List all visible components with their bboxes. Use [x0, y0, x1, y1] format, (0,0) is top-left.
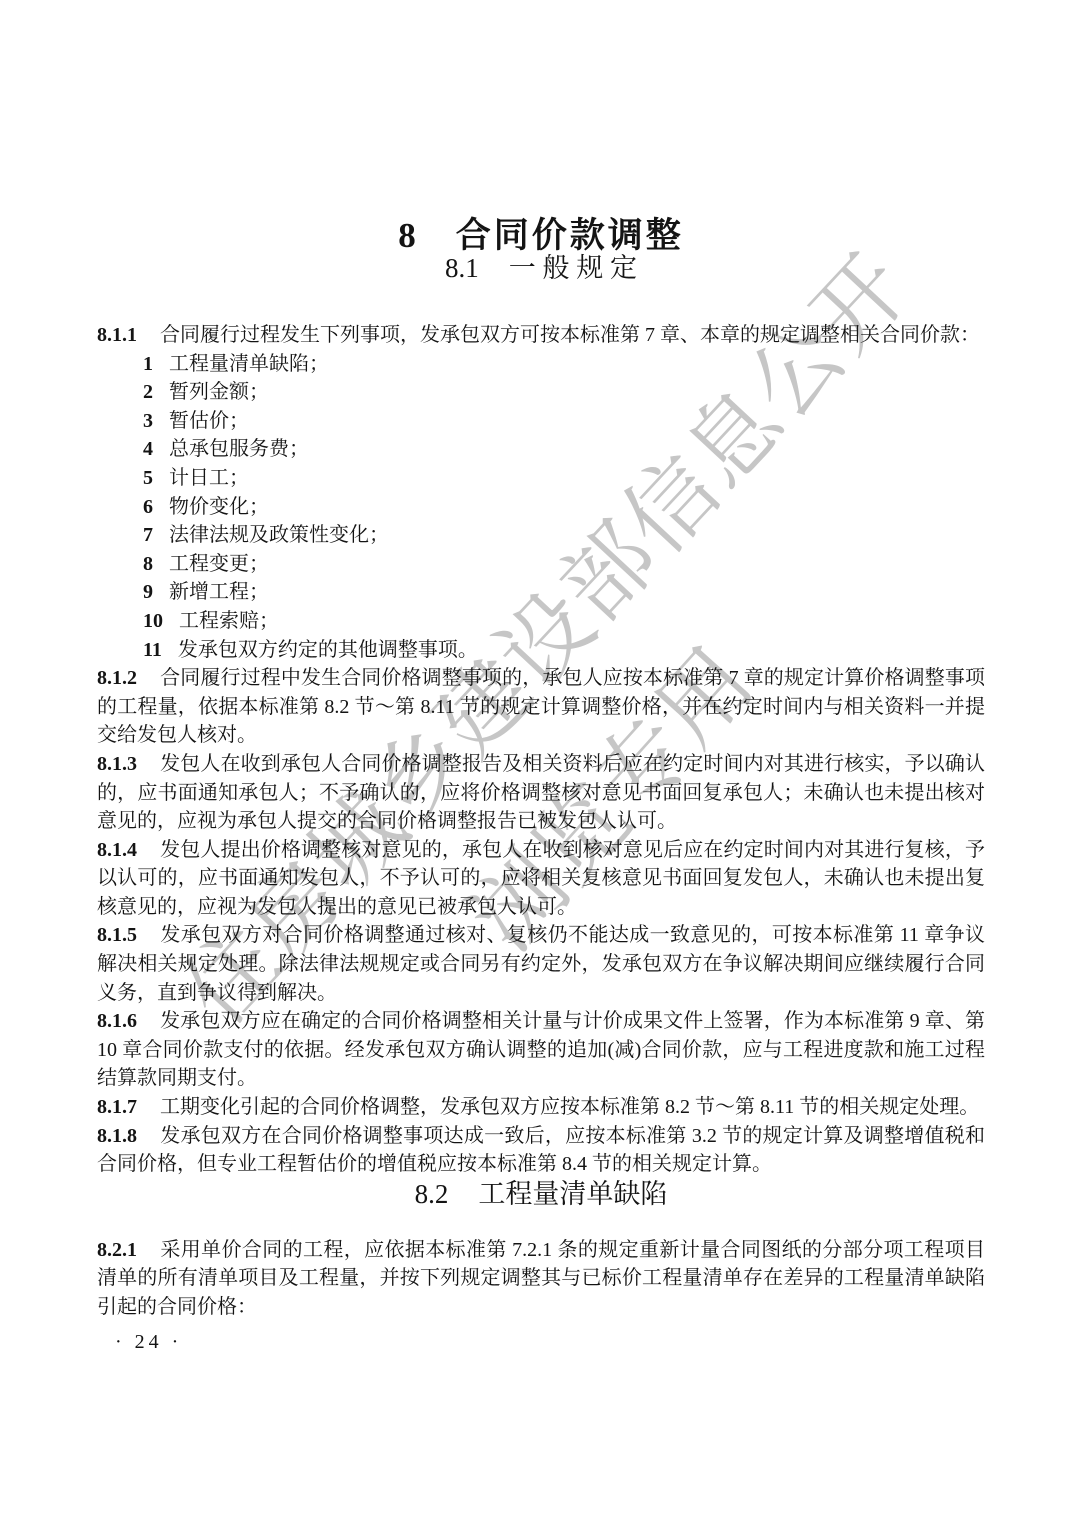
item-text: 工程量清单缺陷； — [169, 353, 329, 375]
section-8-1-heading: 8.1一 般 规 定 — [97, 253, 985, 284]
item-number: 6 — [143, 496, 153, 518]
section-8-2-body: 8.2.1采用单价合同的工程，应依据本标准第 7.2.1 条的规定重新计量合同图… — [97, 1236, 985, 1322]
section-8-1-body: 8.1.1合同履行过程发生下列事项，发承包双方可按本标准第 7 章、本章的规定调… — [97, 321, 985, 1179]
clause-number: 8.2.1 — [97, 1239, 137, 1261]
item-text: 工程索赔； — [179, 610, 279, 632]
item-text: 法律法规及政策性变化； — [169, 524, 389, 546]
list-item: 9新增工程； — [97, 578, 985, 607]
item-number: 7 — [143, 524, 153, 546]
clause-number: 8.1.5 — [97, 924, 137, 946]
chapter-heading: 8合同价款调整 — [97, 218, 985, 253]
section-8-2-number: 8.2 — [415, 1179, 449, 1209]
section-8-1-number: 8.1 — [445, 253, 479, 283]
item-number: 9 — [143, 581, 153, 603]
clause-number: 8.1.8 — [97, 1125, 137, 1147]
clause-number: 8.1.7 — [97, 1096, 137, 1118]
item-number: 8 — [143, 553, 153, 575]
item-text: 发承包双方约定的其他调整事项。 — [178, 639, 478, 661]
item-text: 工程变更； — [169, 553, 269, 575]
page-number: · 24 · — [97, 1330, 985, 1354]
clause-text: 发包人提出价格调整核对意见的，承包人在收到核对意见后应在约定时间内对其进行复核，… — [97, 839, 985, 918]
clause-number: 8.1.6 — [97, 1010, 137, 1032]
list-item: 6物价变化； — [97, 493, 985, 522]
clause-8-1-8: 8.1.8发承包双方在合同价格调整事项达成一致后，应按本标准第 3.2 节的规定… — [97, 1122, 985, 1179]
clause-text: 发承包双方应在确定的合同价格调整相关计量与计价成果文件上签署，作为本标准第 9 … — [97, 1010, 985, 1089]
clause-number: 8.1.1 — [97, 324, 137, 346]
clause-text: 工期变化引起的合同价格调整，发承包双方应按本标准第 8.2 节～第 8.11 节… — [160, 1096, 979, 1118]
list-item: 3暂估价； — [97, 407, 985, 436]
section-8-1-title: 一 般 规 定 — [509, 253, 637, 283]
item-number: 1 — [143, 353, 153, 375]
clause-8-1-3: 8.1.3发包人在收到承包人合同价格调整报告及相关资料后应在约定时间内对其进行核… — [97, 750, 985, 836]
chapter-number: 8 — [398, 216, 416, 255]
item-text: 暂列金额； — [169, 381, 269, 403]
clause-number: 8.1.3 — [97, 753, 137, 775]
clause-text: 发承包双方对合同价格调整通过核对、复核仍不能达成一致意见的，可按本标准第 11 … — [97, 924, 985, 1003]
list-item: 5计日工； — [97, 464, 985, 493]
item-number: 4 — [143, 438, 153, 460]
page-content: 8合同价款调整 8.1一 般 规 定 8.1.1合同履行过程发生下列事项，发承包… — [0, 218, 1080, 1354]
section-8-2-title: 工程量清单缺陷 — [478, 1179, 667, 1209]
clause-number: 8.1.4 — [97, 839, 137, 861]
section-8-2-heading: 8.2工程量清单缺陷 — [97, 1179, 985, 1210]
list-item: 10工程索赔； — [97, 607, 985, 636]
item-text: 总承包服务费； — [169, 438, 309, 460]
list-item: 11发承包双方约定的其他调整事项。 — [97, 636, 985, 665]
item-text: 暂估价； — [169, 410, 249, 432]
item-number: 3 — [143, 410, 153, 432]
clause-8-1-1: 8.1.1合同履行过程发生下列事项，发承包双方可按本标准第 7 章、本章的规定调… — [97, 321, 985, 350]
chapter-title: 合同价款调整 — [456, 216, 684, 255]
clause-text: 合同履行过程中发生合同价格调整事项的，承包人应按本标准第 7 章的规定计算价格调… — [97, 667, 985, 746]
clause-number: 8.1.2 — [97, 667, 137, 689]
document-page: 住房城乡建设部信息公开 浏览专用 8合同价款调整 8.1一 般 规 定 8.1.… — [0, 0, 1080, 1529]
clause-text: 发包人在收到承包人合同价格调整报告及相关资料后应在约定时间内对其进行核实，予以确… — [97, 753, 985, 832]
clause-8-2-1: 8.2.1采用单价合同的工程，应依据本标准第 7.2.1 条的规定重新计量合同图… — [97, 1236, 985, 1322]
list-item: 1工程量清单缺陷； — [97, 350, 985, 379]
item-number: 5 — [143, 467, 153, 489]
item-text: 物价变化； — [169, 496, 269, 518]
item-number: 2 — [143, 381, 153, 403]
item-number: 10 — [143, 610, 163, 632]
item-number: 11 — [143, 639, 162, 661]
clause-8-1-5: 8.1.5发承包双方对合同价格调整通过核对、复核仍不能达成一致意见的，可按本标准… — [97, 921, 985, 1007]
list-item: 2暂列金额； — [97, 378, 985, 407]
clause-8-1-7: 8.1.7工期变化引起的合同价格调整，发承包双方应按本标准第 8.2 节～第 8… — [97, 1093, 985, 1122]
list-item: 7法律法规及政策性变化； — [97, 521, 985, 550]
clause-text: 采用单价合同的工程，应依据本标准第 7.2.1 条的规定重新计量合同图纸的分部分… — [97, 1239, 985, 1318]
clause-8-1-2: 8.1.2合同履行过程中发生合同价格调整事项的，承包人应按本标准第 7 章的规定… — [97, 664, 985, 750]
clause-text: 合同履行过程发生下列事项，发承包双方可按本标准第 7 章、本章的规定调整相关合同… — [160, 324, 980, 346]
list-item: 4总承包服务费； — [97, 435, 985, 464]
clause-8-1-6: 8.1.6发承包双方应在确定的合同价格调整相关计量与计价成果文件上签署，作为本标… — [97, 1007, 985, 1093]
clause-8-1-4: 8.1.4发包人提出价格调整核对意见的，承包人在收到核对意见后应在约定时间内对其… — [97, 836, 985, 922]
item-text: 计日工； — [169, 467, 249, 489]
item-text: 新增工程； — [169, 581, 269, 603]
clause-text: 发承包双方在合同价格调整事项达成一致后，应按本标准第 3.2 节的规定计算及调整… — [97, 1125, 985, 1176]
list-item: 8工程变更； — [97, 550, 985, 579]
